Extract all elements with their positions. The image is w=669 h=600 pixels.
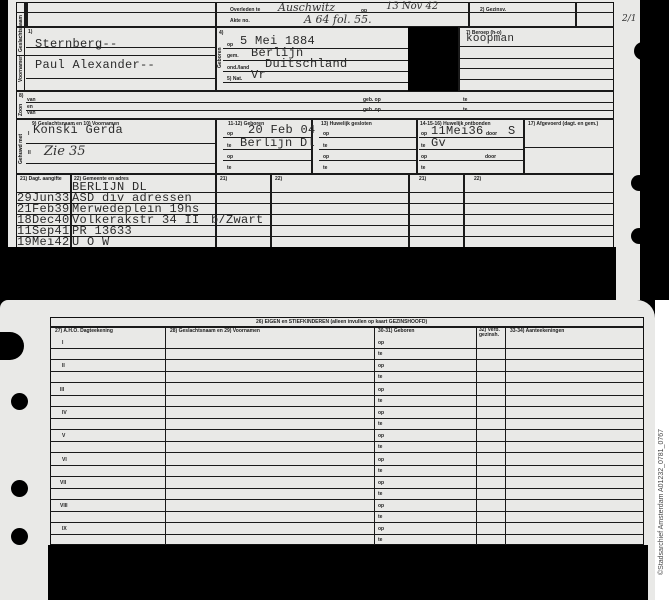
gezinsv-label: 2) Gezinsv. (480, 7, 506, 13)
te-label: te (378, 491, 382, 497)
op-label: op (378, 457, 384, 463)
gehuwd-met-label: Gehuwd met (18, 134, 24, 164)
te-label: te (378, 537, 382, 543)
te-label: te (323, 165, 327, 171)
col-verb-label: 32) Verb. gezinsh. (479, 328, 503, 338)
punch-hole (631, 228, 647, 244)
date: 19Mei42 (17, 235, 70, 247)
corner-note: 2/1 (622, 14, 636, 24)
surname: Sternberg-- (35, 37, 118, 51)
geb-op-label: geb. op (363, 107, 381, 113)
row-numeral: VI (62, 457, 67, 463)
op-label: op (378, 480, 384, 486)
te-label: te (378, 374, 382, 380)
op-label: op (378, 340, 384, 346)
children-title: 26) EIGEN en STIEFKINDEREN (alleen invul… (256, 319, 427, 325)
punch-hole-notch (0, 332, 24, 360)
row-num-i: I (28, 131, 29, 137)
huwelijk-gesloten-label: 13) Huwelijk gesloten (321, 121, 372, 127)
te-label: te (463, 97, 467, 103)
te-label: te (378, 351, 382, 357)
field-num-1: 1) (28, 29, 32, 35)
afgevoerd-label: 17) Afgevoerd (dagt. en gem.) (528, 121, 598, 127)
col-aho-label: 27) A.H.O. Dagteekening (55, 328, 113, 334)
akte-value: A 64 fol. 55. (304, 13, 372, 26)
divorce-by: S (508, 124, 516, 138)
punch-hole (631, 175, 647, 191)
punch-hole (634, 42, 652, 60)
spouse-birth-place: Berlijn Dl (240, 136, 315, 150)
row-numeral: IV (62, 410, 67, 416)
te-label: te (378, 468, 382, 474)
row-numeral: I (62, 340, 63, 346)
col-21-label: 21) (220, 176, 227, 182)
te-label: te (378, 421, 382, 427)
te-label: te (421, 165, 425, 171)
row-numeral: VIII (60, 503, 68, 509)
field-num-4: 4) (219, 30, 223, 36)
geboren-label: Geboren (217, 47, 223, 68)
op-label: op (378, 363, 384, 369)
col-born-label: 30-31) Geboren (378, 328, 414, 334)
op-label: op (378, 387, 384, 393)
archive-watermark-text: ©Stadsarchief Amsterdam A01232_0781_0767 (658, 429, 665, 575)
occupation: koopman (466, 33, 514, 45)
op-label: op (378, 410, 384, 416)
overleden-label: Overleden te (230, 7, 260, 13)
divorce-place: Gv (431, 136, 446, 150)
op-label: op (227, 42, 233, 48)
row-numeral: III (60, 387, 64, 393)
given-names: Paul Alexander-- (35, 58, 155, 72)
address: U O W (72, 235, 110, 247)
col-notes-label: 33-34) Aanteekeningen (510, 328, 564, 334)
redaction-block (408, 27, 458, 91)
land-label: ond./land (227, 65, 249, 71)
address-row: 19Mei42 U O W (8, 235, 608, 247)
akte-label: Akte no. (230, 18, 250, 24)
col-date-label: 21) Dagt. aangifte (20, 176, 62, 182)
col-22-label: 22) (474, 176, 481, 182)
op-label: op (378, 433, 384, 439)
geb-op-label: geb. op (363, 97, 381, 103)
registration-card-front: Overleden te Auschwitz op 13 Nov 42 Akte… (8, 0, 640, 300)
punch-hole (11, 393, 28, 410)
birth-country: Duitschland (265, 57, 348, 71)
zoon-label: Zoon (18, 104, 24, 116)
handwritten-note: Zie 35 (44, 144, 86, 159)
voornamen-label: Voornamen (18, 55, 24, 82)
nationality-label: 5) Nat. (227, 76, 242, 82)
geslachtsnaam-label: Geslachtsnaam (18, 15, 24, 52)
op-label: op (378, 503, 384, 509)
col-21-label: 21) (419, 176, 426, 182)
registration-card-back: 26) EIGEN en STIEFKINDEREN (alleen invul… (0, 300, 655, 600)
row-num-ii: II (28, 150, 31, 156)
te-label: te (378, 398, 382, 404)
row-numeral: VII (60, 480, 66, 486)
address-note: b/Zwart (211, 213, 264, 227)
punch-hole (11, 480, 28, 497)
col-name-label: 28) Geslachtsnaam en 29) Voornamen (170, 328, 260, 334)
redaction-band (8, 247, 616, 300)
row-numeral: IX (62, 526, 67, 532)
op-label: op (378, 526, 384, 532)
punch-hole (11, 528, 28, 545)
redaction-band (48, 545, 648, 600)
row-numeral: II (62, 363, 65, 369)
te-label: te (378, 514, 382, 520)
field-num-8: 8) (19, 93, 23, 99)
gem-label: gem. (227, 53, 239, 59)
te-label: te (227, 165, 231, 171)
te-label: te (463, 107, 467, 113)
spouse-name: Konski Gerda (33, 123, 123, 137)
nationality: Vr (251, 68, 266, 82)
te-label: te (378, 444, 382, 450)
spouse-birth-date: 20 Feb 04 (248, 123, 316, 137)
row-numeral: V (62, 433, 65, 439)
col-22-label: 22) (275, 176, 282, 182)
death-date: 13 Nov 42 (386, 1, 438, 12)
